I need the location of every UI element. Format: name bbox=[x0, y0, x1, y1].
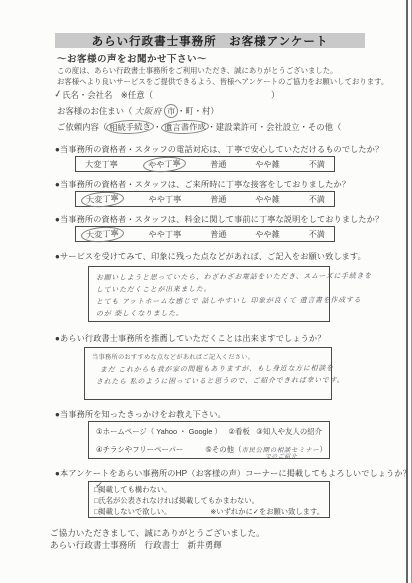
rating-option: 不満 bbox=[309, 229, 325, 240]
question-5-recommend: ●あらい行政書士事務所を推薦していただくことは出来ますでしょうか？ bbox=[55, 333, 326, 344]
name-field-line: ✓氏名・会社名 ※任意（） bbox=[57, 89, 279, 101]
rating-option: 不満 bbox=[309, 159, 325, 170]
name-field-close-paren: ） bbox=[271, 90, 279, 100]
rating-option: やや雑 bbox=[255, 194, 280, 205]
how-found-options-box: ①ホームページ（ Yahoo ・ Google ） ②看板 ③知人や友人の紹介 … bbox=[88, 421, 330, 459]
how-found-options-row-1: ①ホームページ（ Yahoo ・ Google ） ②看板 ③知人や友人の紹介 bbox=[96, 426, 322, 437]
intro-text: この度は、あらい行政書士事務所をご利用いただき、誠にありがとうございました。 お… bbox=[57, 66, 388, 87]
question-1-rating-scale: 大変丁寧 やや丁寧 普通 やや雑 不満 bbox=[75, 156, 335, 172]
rating-option: やや雑 bbox=[255, 159, 280, 170]
intro-line-1: この度は、あらい行政書士事務所をご利用いただき、誠にありがとうございました。 bbox=[57, 66, 388, 77]
rating-option: 普通 bbox=[210, 229, 226, 240]
publish-note: ※いずれかに✓をお願い致します。 bbox=[210, 506, 324, 517]
how-found-option-homepage: ①ホームページ（ Yahoo ・ Google ） bbox=[96, 426, 222, 437]
request-circled-inheritance: 相続手続き bbox=[106, 119, 154, 135]
residence-field-line: お客様のお住まい（ 大阪府 市・町・村） bbox=[57, 104, 219, 118]
rating-option: やや雑 bbox=[255, 229, 280, 240]
how-found-option-referral: ③知人や友人の紹介 bbox=[256, 426, 322, 437]
how-found-other-close-paren: ） bbox=[320, 445, 327, 454]
question-2-rating-scale: 大変丁寧 やや丁寧 普通 やや雑 不満 bbox=[75, 191, 335, 207]
page-title: あらい行政書士事務所 お客様アンケート bbox=[92, 33, 329, 49]
question-1-phone-manner: ●当事務所の資格者・スタッフの電話対応は、丁寧で安心していただけるものでしたか？ bbox=[55, 144, 383, 155]
residence-circled-city: 市 bbox=[163, 104, 178, 118]
recommend-box-note: 当事務所のおすすめな点などがあればご記入ください。 bbox=[92, 352, 324, 361]
handwritten-check-mark: ✓ bbox=[94, 480, 104, 492]
request-circled-will: 遺言書作成 bbox=[160, 119, 208, 135]
publish-option-1-label: □掲載しても構わない。 bbox=[94, 485, 171, 494]
page-title-bar: あらい行政書士事務所 お客様アンケート bbox=[55, 33, 365, 48]
handwriting-line: のが 楽しくなりました。 bbox=[96, 306, 322, 320]
publish-option-3-label: □掲載しないで欲しい。 bbox=[94, 506, 171, 517]
publish-option-1: ✓ □掲載しても構わない。 bbox=[94, 484, 324, 495]
scan-edge-artifact bbox=[406, 0, 408, 583]
page-subtitle: ～お客様の声をお聞かせ下さい～ bbox=[57, 51, 207, 65]
rating-option: 普通 bbox=[210, 194, 226, 205]
scanned-survey-page: あらい行政書士事務所 お客様アンケート ～お客様の声をお聞かせ下さい～ この度は… bbox=[0, 0, 412, 583]
residence-options-rest: ・町・村） bbox=[177, 106, 219, 116]
question-3-rating-scale: 大変丁寧 やや丁寧 普通 やや雑 不満 bbox=[75, 226, 335, 242]
rating-option: 大変丁寧 bbox=[85, 159, 118, 170]
rating-option-selected-circle: やや丁寧 bbox=[142, 155, 186, 173]
how-found-option-other: ⑤その他（市民公開の相談セミナー） でのご紹介 bbox=[205, 444, 327, 455]
rating-option-selected-circle: 大変丁寧 bbox=[81, 225, 125, 243]
publish-option-2: □氏名が公表されなければ掲載してもかまわない。 bbox=[94, 495, 324, 506]
rating-option: 不満 bbox=[309, 194, 325, 205]
question-4-impression: ●サービスを受けてみて、印象に残った点などがあれば、ご記入をお願い致します。 bbox=[55, 251, 366, 262]
rating-option: やや丁寧 bbox=[149, 229, 182, 240]
intro-line-2: お客様へより良いサービスをご提供できるよう、皆様へアンケートのご協力をお願いして… bbox=[57, 77, 388, 88]
rating-option: 普通 bbox=[210, 159, 226, 170]
publish-options-box: ✓ □掲載しても構わない。 □氏名が公表されなければ掲載してもかまわない。 □掲… bbox=[88, 481, 330, 518]
rating-option: やや丁寧 bbox=[149, 194, 182, 205]
footer-thanks: ご協力いただきまして、誠にありがとうございました。 bbox=[50, 527, 265, 539]
name-field-label: 氏名・会社名 ※任意（ bbox=[62, 90, 153, 100]
question-3-fee-explanation: ●当事務所の資格者・スタッフは、料金に関して事前に丁寧な説明をしておりましたか？ bbox=[55, 214, 383, 225]
residence-field-label: お客様のお住まい（ bbox=[57, 106, 132, 116]
publish-option-3-row: □掲載しないで欲しい。 ※いずれかに✓をお願い致します。 bbox=[94, 506, 324, 517]
impression-answer-box: お願いしようと思っていたら、わざわざお電話をいただき、スムーズに手続きを してい… bbox=[88, 266, 330, 322]
request-type-label: ご依頼内容（ bbox=[57, 122, 107, 132]
handwritten-check-mark: ✓ bbox=[53, 88, 64, 101]
footer: ご協力いただきまして、誠にありがとうございました。 あらい行政書士事務所 行政書… bbox=[50, 527, 265, 552]
question-2-visit-manner: ●当事務所の資格者・スタッフは、ご来所時に丁寧な接客をしておりましたか？ bbox=[55, 179, 350, 190]
how-found-other-handwritten-sub: でのご紹介 bbox=[265, 452, 297, 460]
how-found-options-row-2: ④チラシやフリーペーパー ⑤その他（市民公開の相談セミナー） でのご紹介 bbox=[96, 444, 322, 455]
handwriting-line: されたら 私のように困っていると思うので、ご紹介できれば幸いです。 bbox=[92, 374, 324, 388]
question-7-publish-permission: ●本アンケートをあらい事務所のHP（お客様の声）コーナーに掲載してもよろしいでし… bbox=[55, 468, 411, 479]
request-type-line: ご依頼内容（相続手続き・遺言書作成・建設業許可・会社設立・その他（）） bbox=[57, 120, 412, 134]
footer-signature: あらい行政書士事務所 行政書士 新井勇輝 bbox=[50, 539, 265, 551]
residence-handwritten-value: 大阪府 bbox=[135, 106, 163, 116]
request-options-rest: ・建設業許可・会社設立・その他（ bbox=[207, 122, 341, 132]
rating-option-selected-circle: 大変丁寧 bbox=[81, 190, 125, 208]
how-found-option-signboard: ②看板 bbox=[228, 426, 249, 437]
how-found-other-label: ⑤その他（ bbox=[205, 445, 241, 454]
question-6-how-found: ●当事務所を知ったきっかけをお教え下さい。 bbox=[55, 409, 226, 420]
how-found-option-flyer: ④チラシやフリーペーパー bbox=[96, 444, 183, 455]
recommend-answer-box: 当事務所のおすすめな点などがあればご記入ください。 まだ これからも我が家の問題… bbox=[84, 347, 332, 400]
